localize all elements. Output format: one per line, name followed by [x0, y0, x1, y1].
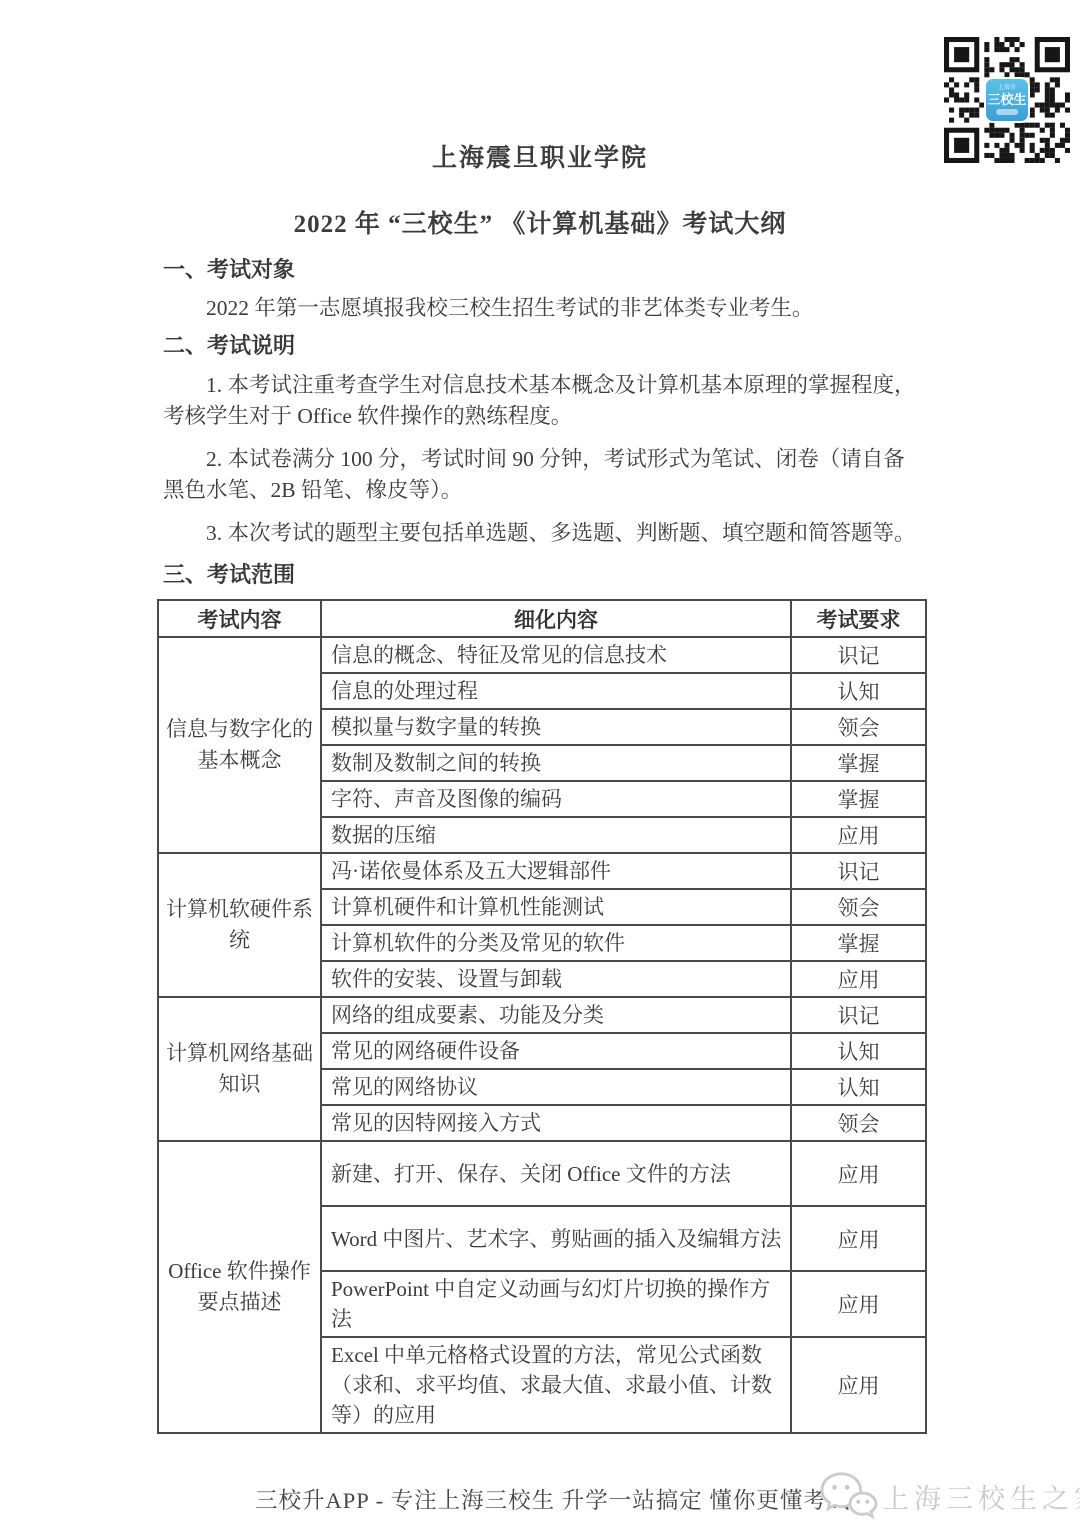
column-header-content: 考试内容: [158, 600, 321, 637]
section-3-heading: 三、考试范围: [157, 560, 925, 589]
requirement-cell: 领会: [791, 709, 926, 745]
qr-badge-label: 三校生: [987, 92, 1026, 107]
qr-badge-pill: [996, 109, 1018, 115]
column-header-detail: 细化内容: [321, 600, 791, 637]
footer-watermark-label: 上海三校生之家: [882, 1477, 1080, 1516]
requirement-cell: 应用: [791, 817, 926, 853]
document-page: 上海市 三校生 上海震旦职业学院 2022 年 “三校生” 《计算机基础》考试大…: [0, 0, 1080, 1527]
requirement-cell: 认知: [791, 673, 926, 709]
table-row: 信息与数字化的基本概念 信息的概念、特征及常见的信息技术 识记: [158, 637, 926, 673]
footer-watermark: 上海三校生之家: [818, 1468, 1080, 1524]
detail-cell: 数据的压缩: [321, 817, 791, 853]
footer-app-slogan: 三校升APP - 专注上海三校生 升学一站搞定 懂你更懂考试: [255, 1483, 850, 1515]
category-cell: 计算机网络基础知识: [158, 997, 321, 1141]
requirement-cell: 领会: [791, 889, 926, 925]
detail-cell: 信息的处理过程: [321, 673, 791, 709]
page-subtitle: 2022 年 “三校生” 《计算机基础》考试大纲: [0, 204, 1080, 240]
wechat-icon: [818, 1468, 880, 1524]
document-body: 一、考试对象 2022 年第一志愿填报我校三校生招生考试的非艺体类专业考生。 二…: [157, 255, 925, 1434]
requirement-cell: 识记: [791, 997, 926, 1033]
category-cell: Office 软件操作要点描述: [158, 1141, 321, 1433]
detail-cell: 字符、声音及图像的编码: [321, 781, 791, 817]
requirement-cell: 应用: [791, 1206, 926, 1271]
detail-cell: 常见的网络硬件设备: [321, 1033, 791, 1069]
requirement-cell: 掌握: [791, 925, 926, 961]
detail-cell: PowerPoint 中自定义动画与幻灯片切换的操作方法: [321, 1271, 791, 1337]
detail-cell: 计算机硬件和计算机性能测试: [321, 889, 791, 925]
category-cell: 信息与数字化的基本概念: [158, 637, 321, 853]
table-row: Office 软件操作要点描述 新建、打开、保存、关闭 Office 文件的方法…: [158, 1141, 926, 1206]
column-header-requirement: 考试要求: [791, 600, 926, 637]
detail-cell: 常见的因特网接入方式: [321, 1105, 791, 1141]
requirement-cell: 应用: [791, 1271, 926, 1337]
requirement-cell: 掌握: [791, 745, 926, 781]
requirement-cell: 领会: [791, 1105, 926, 1141]
table-row: 计算机软硬件系统 冯·诺依曼体系及五大逻辑部件 识记: [158, 853, 926, 889]
detail-cell: 网络的组成要素、功能及分类: [321, 997, 791, 1033]
section-1-heading: 一、考试对象: [157, 255, 925, 284]
detail-cell: Excel 中单元格格式设置的方法，常见公式函数（求和、求平均值、求最大值、求最…: [321, 1337, 791, 1433]
detail-cell: 冯·诺依曼体系及五大逻辑部件: [321, 853, 791, 889]
section-1-body: 2022 年第一志愿填报我校三校生招生考试的非艺体类专业考生。: [157, 293, 925, 324]
exam-scope-table: 考试内容 细化内容 考试要求 信息与数字化的基本概念 信息的概念、特征及常见的信…: [157, 599, 927, 1434]
requirement-cell: 认知: [791, 1069, 926, 1105]
detail-cell: 模拟量与数字量的转换: [321, 709, 791, 745]
requirement-cell: 应用: [791, 1337, 926, 1433]
requirement-cell: 应用: [791, 961, 926, 997]
table-header-row: 考试内容 细化内容 考试要求: [158, 600, 926, 637]
qr-badge-top-text: 上海市: [998, 85, 1016, 92]
table-row: 计算机网络基础知识 网络的组成要素、功能及分类 识记: [158, 997, 926, 1033]
section-2-heading: 二、考试说明: [157, 331, 925, 360]
section-2-item-3: 3. 本次考试的题型主要包括单选题、多选题、判断题、填空题和简答题等。: [157, 518, 925, 549]
page-title: 上海震旦职业学院: [0, 138, 1080, 174]
detail-cell: 软件的安装、设置与卸载: [321, 961, 791, 997]
detail-cell: Word 中图片、艺术字、剪贴画的插入及编辑方法: [321, 1206, 791, 1271]
section-2-item-1: 1. 本考试注重考查学生对信息技术基本概念及计算机基本原理的掌握程度，考核学生对…: [157, 370, 925, 432]
detail-cell: 数制及数制之间的转换: [321, 745, 791, 781]
qr-center-badge: 上海市 三校生: [984, 77, 1030, 123]
requirement-cell: 认知: [791, 1033, 926, 1069]
category-cell: 计算机软硬件系统: [158, 853, 321, 997]
requirement-cell: 掌握: [791, 781, 926, 817]
requirement-cell: 应用: [791, 1141, 926, 1206]
requirement-cell: 识记: [791, 637, 926, 673]
detail-cell: 信息的概念、特征及常见的信息技术: [321, 637, 791, 673]
detail-cell: 新建、打开、保存、关闭 Office 文件的方法: [321, 1141, 791, 1206]
section-2-item-2: 2. 本试卷满分 100 分，考试时间 90 分钟，考试形式为笔试、闭卷（请自备…: [157, 444, 925, 506]
detail-cell: 计算机软件的分类及常见的软件: [321, 925, 791, 961]
requirement-cell: 识记: [791, 853, 926, 889]
detail-cell: 常见的网络协议: [321, 1069, 791, 1105]
